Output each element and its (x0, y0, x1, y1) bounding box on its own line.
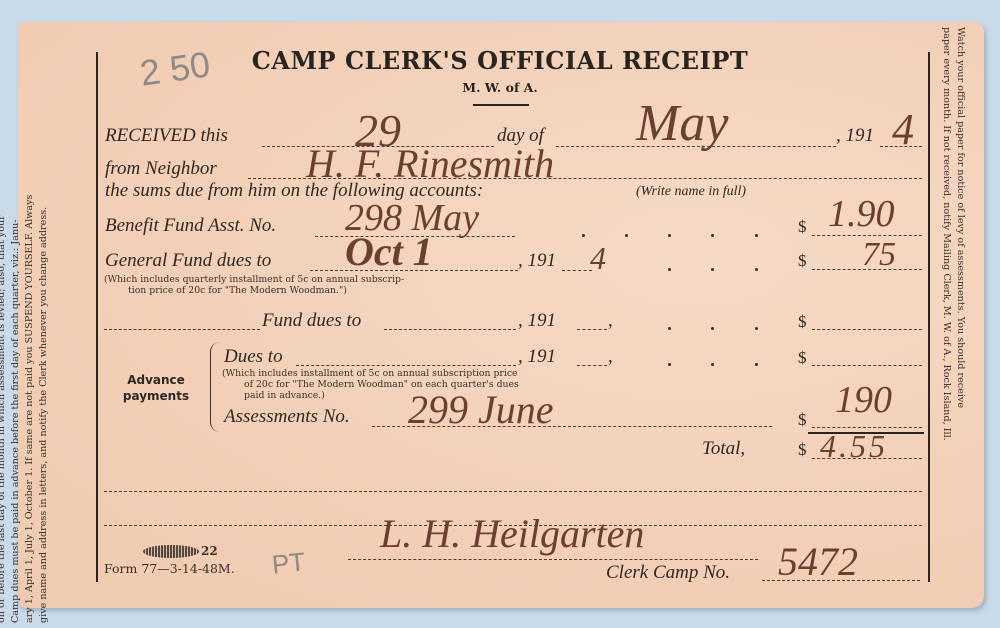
comma: , (608, 310, 613, 332)
general-fund-value-field[interactable]: Oct 1 (345, 228, 433, 275)
union-label-icon (143, 545, 199, 558)
leader-dot (755, 327, 758, 330)
leader-dot (711, 234, 714, 237)
leader-dot (711, 363, 714, 366)
year-prefix-label: , 191 (836, 125, 874, 147)
advance-dues-year-line (577, 365, 607, 366)
assessments-label: Assessments No. (224, 406, 350, 428)
advance-payments-label: Advance payments (112, 372, 200, 404)
general-fund-amount-field[interactable]: 75 (862, 236, 896, 274)
assessments-dollar: $ (798, 410, 807, 430)
year-field[interactable]: 4 (892, 104, 914, 155)
signature-line (348, 559, 758, 560)
general-fund-year-field[interactable]: 4 (590, 240, 606, 277)
leader-dot (582, 234, 585, 237)
total-amount-field[interactable]: 4.55 (820, 428, 888, 465)
right-border-line (928, 52, 930, 582)
fund-dues-year-line (577, 329, 607, 330)
form-number: Form 77—3-14-48M. (104, 563, 235, 574)
leader-dot (755, 268, 758, 271)
fund-dues-label: Fund dues to (262, 310, 361, 332)
fund-dues-dollar: $ (798, 312, 807, 332)
general-fund-note-2: tion price of 20c for "The Modern Woodma… (128, 285, 347, 296)
general-fund-label: General Fund dues to (105, 250, 271, 272)
write-name-hint: (Write name in full) (636, 184, 746, 200)
comma: , (608, 346, 613, 368)
union-label-number: 22 (201, 546, 218, 557)
general-fund-dollar: $ (798, 251, 807, 271)
assessments-value-field[interactable]: 299 June (408, 386, 554, 433)
leader-dot (668, 234, 671, 237)
month-field[interactable]: May (636, 94, 728, 153)
mailing-notice: Watch your official paper for notice of … (935, 27, 967, 597)
advance-dues-label: Dues to (224, 346, 283, 368)
leader-dot (625, 234, 628, 237)
clerk-signature-field[interactable]: L. H. Heilgarten (380, 510, 644, 557)
fund-name-line (104, 329, 260, 330)
leader-dot (668, 363, 671, 366)
general-fund-year-prefix: , 191 (518, 250, 556, 272)
benefit-fund-dollar: $ (798, 217, 807, 237)
leader-dot (711, 268, 714, 271)
leader-dot (711, 327, 714, 330)
advance-dues-dollar: $ (798, 348, 807, 368)
leader-dot (755, 363, 758, 366)
left-border-line (96, 52, 98, 582)
leader-dot (755, 234, 758, 237)
total-label: Total, (702, 438, 745, 460)
leader-dot (668, 327, 671, 330)
clerk-camp-no-field[interactable]: 5472 (778, 538, 858, 585)
fund-dues-line (384, 329, 516, 330)
fund-dues-amount-field[interactable] (812, 329, 922, 330)
neighbor-label: from Neighbor (105, 158, 217, 180)
assessments-amount-field[interactable]: 190 (835, 378, 892, 422)
advance-dues-year-prefix: , 191 (518, 346, 556, 368)
benefit-fund-label: Benefit Fund Asst. No. (105, 215, 276, 237)
advance-dues-line (296, 365, 516, 366)
blank-line-1 (104, 491, 922, 492)
general-fund-year-line (562, 270, 592, 271)
general-fund-note-1: (Which includes quarterly installment of… (104, 274, 404, 285)
title-underline (473, 104, 529, 106)
pencil-initials-note: PT (270, 546, 306, 580)
clerk-camp-label: Clerk Camp No. (606, 562, 730, 584)
advance-note-3: paid in advance.) (244, 390, 325, 401)
receipt-subtitle: M. W. of A. (0, 80, 1000, 95)
advance-brace (210, 342, 221, 432)
total-dollar: $ (798, 440, 807, 460)
benefit-fund-amount-field[interactable]: 1.90 (828, 192, 895, 236)
received-label: RECEIVED this (105, 125, 228, 147)
leader-dot (668, 268, 671, 271)
fund-dues-year-prefix: , 191 (518, 310, 556, 332)
receipt-title: CAMP CLERK'S OFFICIAL RECEIPT (0, 46, 1000, 75)
advance-note-1: (Which includes installment of 5c on ann… (222, 368, 518, 379)
advance-dues-amount-field[interactable] (812, 365, 922, 366)
important-notice: Important Notice--The By-laws of our Soc… (0, 63, 55, 623)
